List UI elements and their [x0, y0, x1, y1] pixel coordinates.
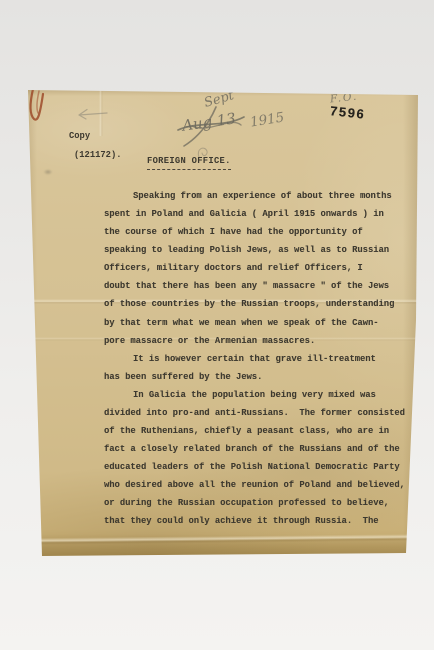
typed-line: has been suffered by the Jews.: [104, 368, 405, 386]
binding-mark-icon: [26, 86, 54, 130]
typed-line: fact a closely related branch of the Rus…: [104, 440, 405, 458]
document-body: Speaking from an experience of about thr…: [104, 187, 405, 530]
strike-marks-icon: [175, 104, 249, 150]
typed-line: Speaking from an experience of about thr…: [104, 187, 405, 205]
reference-number: (121172).: [74, 150, 122, 160]
typed-line: that they could only achieve it through …: [104, 512, 405, 530]
typed-line: the course of which I have had the oppor…: [104, 223, 405, 241]
typed-line: spent in Poland and Galicia ( April 1915…: [104, 205, 405, 223]
paper-sheet: Copy (121172). FOREIGN OFFICE. Sept Aug …: [0, 0, 434, 650]
paper-edge-shade-right: [403, 95, 418, 553]
typed-line: pore massacre or the Armenian massacres.: [104, 332, 405, 350]
typed-line: of the Ruthenians, chiefly a peasant cla…: [104, 422, 405, 440]
typed-line: In Galicia the population being very mix…: [104, 386, 405, 404]
typed-line: divided into pro-and anti-Russians. The …: [104, 404, 405, 422]
crease-horizontal-bottom: [38, 534, 410, 545]
handwritten-year: 1915: [249, 109, 285, 130]
typed-line: who desired above all the reunion of Pol…: [104, 476, 405, 494]
typed-line: by that term what we mean when we speak …: [104, 314, 405, 332]
typed-line: educated leaders of the Polish National …: [104, 458, 405, 476]
paper-edge-shade-left: [28, 90, 37, 556]
paper-edge-shade-bottom: [40, 534, 410, 556]
typed-line: of those countries by the Russian troops…: [104, 295, 405, 313]
typed-line: doubt that there has been any " massacre…: [104, 277, 405, 295]
typed-line: Officers, military doctors and relief Of…: [104, 259, 405, 277]
pencil-arrow-icon: [72, 106, 110, 120]
typed-line: speaking to leading Polish Jews, as well…: [104, 241, 405, 259]
stamp-number: 7596: [329, 103, 366, 122]
typed-line: or during the Russian occupation profess…: [104, 494, 405, 512]
document-heading: FOREIGN OFFICE.: [147, 156, 231, 170]
pencil-smudge: [42, 168, 54, 176]
copy-label: Copy: [69, 131, 90, 141]
photo-backdrop: Copy (121172). FOREIGN OFFICE. Sept Aug …: [0, 0, 434, 650]
typed-line: It is however certain that grave ill-tre…: [104, 350, 405, 368]
